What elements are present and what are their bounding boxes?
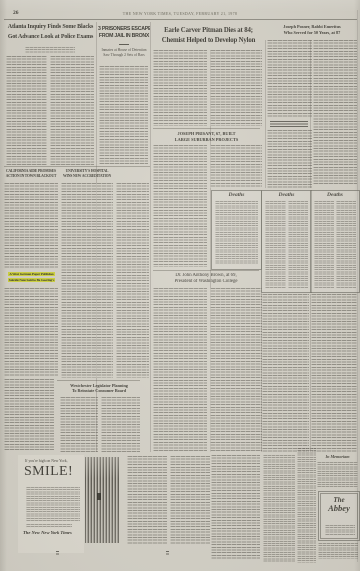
column-rule bbox=[150, 22, 151, 452]
illegible-memoriam-notices bbox=[317, 462, 358, 488]
headline-prisant: JOSEPH PRISANT, 67, BUILT LARGE SUBURBAN… bbox=[153, 131, 260, 142]
window-washer-figure bbox=[97, 493, 101, 500]
illegible-classified-column bbox=[318, 543, 358, 559]
deaths-box-header: Deaths bbox=[212, 191, 261, 198]
illegible-death-notices bbox=[314, 201, 334, 288]
deaths-notice-box: Deaths bbox=[261, 190, 312, 293]
illegible-text-column bbox=[4, 288, 58, 376]
deaths-box-header: Deaths bbox=[311, 191, 359, 198]
illegible-death-notices bbox=[215, 201, 258, 265]
headline-goering-line2: Suicide Note Said to Be Goering's bbox=[8, 278, 55, 282]
headline-pitman: Earle Carver Pitman Dies at 84; Chemist … bbox=[152, 26, 265, 45]
deaths-notice-box: Deaths bbox=[310, 190, 360, 293]
illegible-death-notices bbox=[265, 201, 286, 288]
illegible-text-column bbox=[267, 40, 312, 118]
illegible-text-column bbox=[50, 56, 94, 166]
headline-bronx-line2: FROM JAIL IN BRONX bbox=[98, 33, 150, 40]
headline-bronx: 3 PRISONERS ESCAPE FROM JAIL IN BRONX bbox=[98, 26, 150, 40]
header-rule bbox=[4, 19, 357, 20]
footer-mark bbox=[56, 551, 59, 555]
smile-ad-headline: SMILE! bbox=[24, 464, 84, 480]
headline-university-line2: WINS NEW ACCREDITATION bbox=[60, 174, 114, 179]
column-rule bbox=[265, 40, 266, 188]
illegible-text-column bbox=[116, 183, 149, 378]
tower-stripes-photo bbox=[85, 457, 119, 543]
abbey-ad-name-line1: The bbox=[321, 494, 357, 504]
headline-posner: Joseph Posner, Rabbi Emeritus Who Served… bbox=[267, 24, 357, 36]
headline-goering-highlighted: A West German Paper Publishes Suicide No… bbox=[3, 271, 60, 283]
illegible-text-column bbox=[6, 56, 47, 166]
smile-ad-kicker: If you're high on New York, bbox=[25, 459, 83, 463]
smile-ad-line-illegible bbox=[26, 524, 72, 528]
headline-bronx-line1: 3 PRISONERS ESCAPE bbox=[98, 26, 150, 33]
headline-university: UNIVERSITY'S HOSPITAL WINS NEW ACCREDITA… bbox=[60, 169, 114, 180]
illegible-text-column bbox=[210, 50, 262, 126]
section-rule bbox=[153, 128, 260, 129]
bronx-dash-divider bbox=[119, 44, 129, 45]
headline-prisant-line2: LARGE SUBURBAN PROJECTS bbox=[153, 137, 260, 143]
illegible-text-column bbox=[60, 397, 98, 452]
section-rule bbox=[57, 380, 140, 381]
smile-ad-body-illegible bbox=[26, 487, 80, 521]
in-memoriam-header: In Memoriam bbox=[317, 454, 358, 459]
headline-brown: Dr. John Anthony Brown, at 69, President… bbox=[153, 273, 259, 285]
atlanta-byline-illegible bbox=[25, 47, 75, 53]
abbey-ad-address-illegible bbox=[325, 525, 355, 536]
illegible-subhead bbox=[270, 121, 308, 127]
headline-brown-line2: President of Washington College bbox=[153, 279, 259, 285]
abbey-ad: The Abbey bbox=[318, 491, 360, 541]
headline-westchester: Westchester Legislator Planning To Reins… bbox=[57, 383, 141, 394]
illegible-text-column bbox=[153, 145, 207, 267]
headline-atlanta-line1: Atlanta Inquiry Finds Some Blacks bbox=[5, 23, 96, 33]
illegible-text-column bbox=[127, 456, 167, 544]
abbey-ad-name-line2: Abbey bbox=[321, 504, 357, 513]
illegible-text-column bbox=[262, 294, 309, 452]
page-number: 26 bbox=[13, 10, 29, 16]
illegible-text-column bbox=[153, 288, 207, 452]
footer-mark bbox=[166, 551, 169, 555]
illegible-text-column bbox=[4, 183, 58, 268]
section-rule bbox=[4, 166, 150, 167]
illegible-text-column bbox=[311, 294, 357, 452]
illegible-text-column bbox=[99, 66, 148, 166]
illegible-text-column bbox=[170, 456, 210, 544]
masthead-dateline: THE NEW YORK TIMES, TUESDAY, FEBRUARY 21… bbox=[60, 11, 300, 16]
illegible-text-column bbox=[210, 145, 262, 188]
newspaper-page: 26 THE NEW YORK TIMES, TUESDAY, FEBRUARY… bbox=[0, 0, 360, 571]
abbey-ad-inner-border: The Abbey bbox=[320, 493, 358, 539]
headline-california: CALIFORNIA AIDE PROMISES ACTION IN TOWN … bbox=[4, 169, 58, 180]
headline-atlanta-line2: Got Advance Look at Police Exams bbox=[5, 33, 96, 43]
illegible-death-notices bbox=[336, 201, 356, 288]
illegible-text-column bbox=[313, 40, 357, 186]
bronx-deck: Inmates at House of Detention Saw Throug… bbox=[98, 48, 150, 58]
illegible-death-notices bbox=[288, 201, 308, 288]
headline-westchester-line2: To Reinstate Consumer Board bbox=[57, 388, 141, 393]
illegible-text-column bbox=[210, 288, 262, 452]
illegible-classified-column bbox=[297, 448, 316, 563]
bronx-deck-line2: Saw Through 2 Sets of Bars bbox=[98, 53, 150, 58]
illegible-text-column bbox=[267, 130, 312, 188]
illegible-classified-column bbox=[263, 455, 295, 563]
headline-california-line2: ACTION IN TOWN BLACKOUT bbox=[4, 174, 58, 179]
illegible-text-column bbox=[211, 455, 260, 559]
headline-atlanta: Atlanta Inquiry Finds Some Blacks Got Ad… bbox=[5, 23, 96, 42]
illegible-text-column bbox=[153, 50, 207, 126]
illegible-text-column bbox=[101, 397, 140, 452]
illegible-text-column bbox=[4, 379, 54, 452]
section-rule bbox=[153, 270, 259, 271]
illegible-text-column bbox=[61, 183, 113, 378]
headline-pitman-line2: Chemist Helped to Develop Nylon bbox=[152, 36, 265, 46]
deaths-notice-box: Deaths bbox=[211, 190, 262, 270]
headline-posner-line2: Who Served for 50 Years, at 87 bbox=[267, 30, 357, 36]
headline-goering-line1: A West German Paper Publishes bbox=[8, 272, 54, 276]
deaths-box-header: Deaths bbox=[262, 191, 311, 198]
smile-ad: If you're high on New York, SMILE! The N… bbox=[18, 455, 84, 553]
smile-ad-signature: The New New York Times bbox=[23, 530, 83, 535]
headline-pitman-line1: Earle Carver Pitman Dies at 84; bbox=[152, 26, 265, 36]
